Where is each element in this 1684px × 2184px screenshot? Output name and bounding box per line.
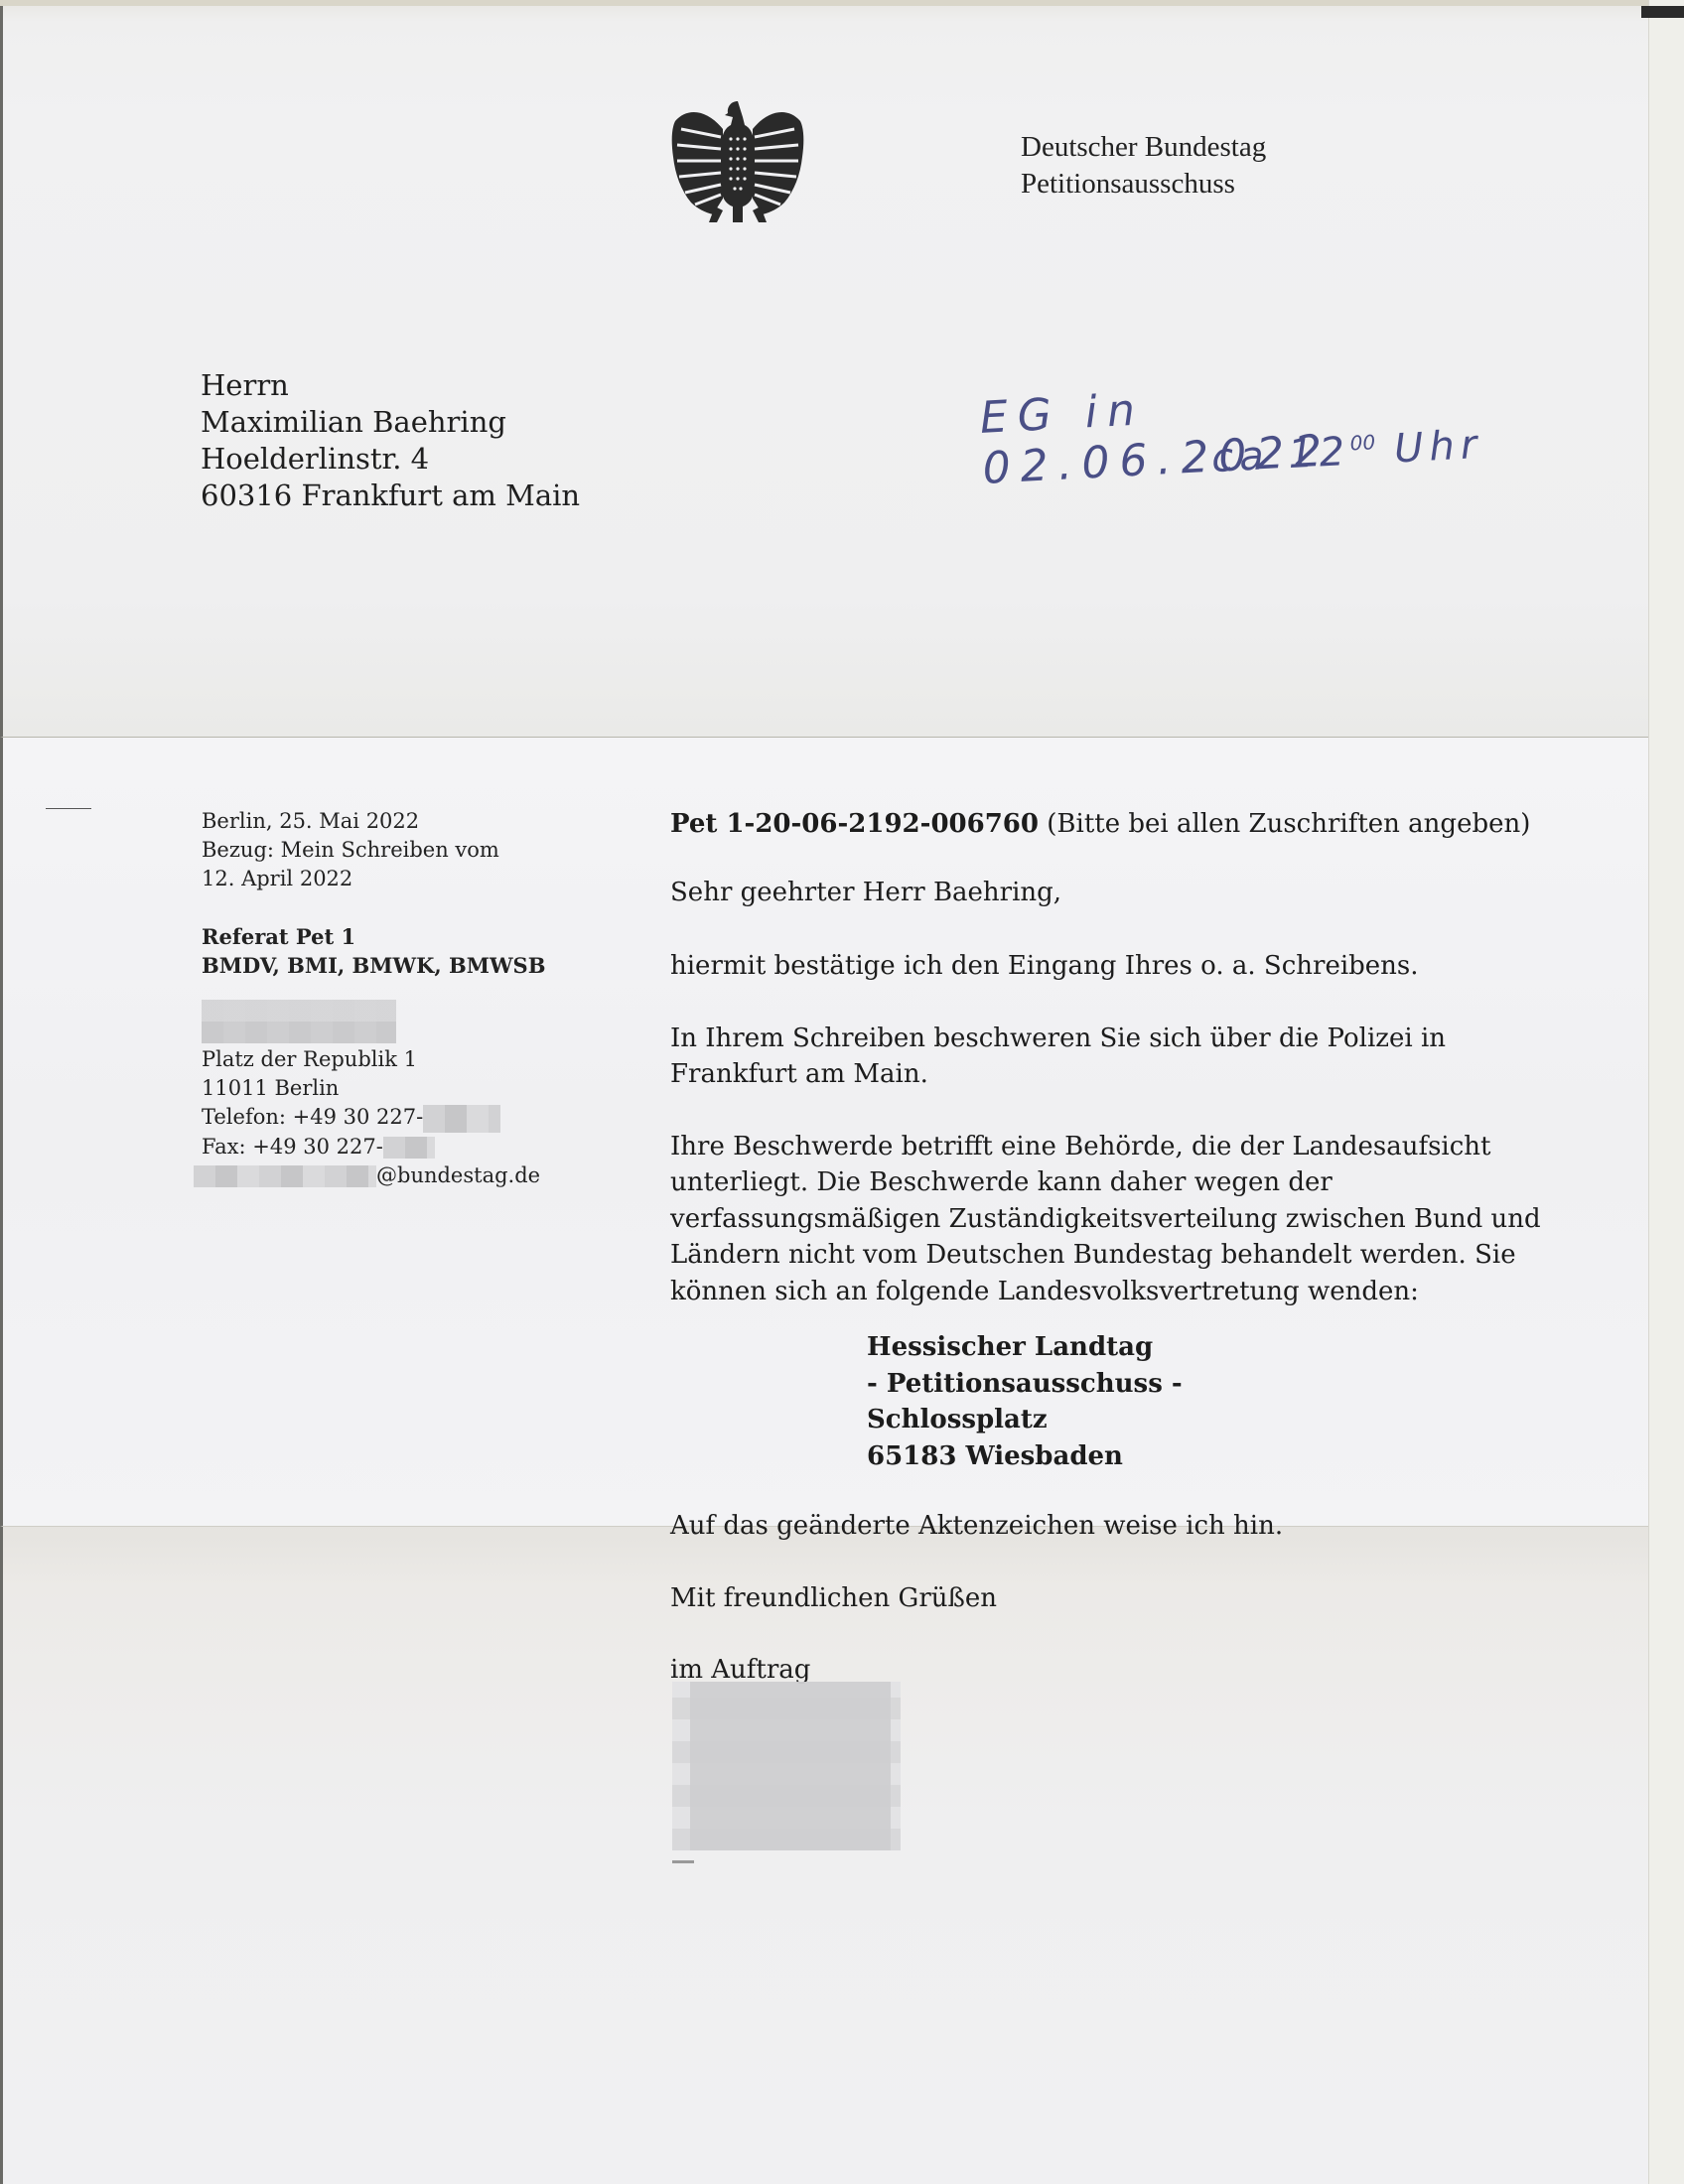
sender-fax: Fax: +49 30 227-: [202, 1133, 579, 1161]
phone-label: Telefon: +49 30 227-: [202, 1105, 423, 1129]
email-domain: @bundestag.de: [376, 1163, 540, 1187]
scan-right-edge: [1648, 0, 1684, 2184]
department-name: Petitionsausschuss: [1021, 166, 1266, 203]
closing-salutation: Mit freundlichen Grüßen: [670, 1580, 1594, 1617]
reference-line-2: 12. April 2022: [202, 865, 579, 893]
redacted-fax-extension: [383, 1137, 435, 1159]
scan-top-edge: [0, 0, 1648, 6]
recipient-address: Herrn Maximilian Baehring Hoelderlinstr.…: [201, 367, 580, 514]
sender-phone: Telefon: +49 30 227-: [202, 1103, 579, 1133]
closing-paragraph: Auf das geänderte Aktenzeichen weise ich…: [670, 1508, 1594, 1545]
recipient-city: 60316 Frankfurt am Main: [201, 478, 580, 514]
redacted-official-name: [202, 1000, 396, 1043]
sender-info-column: Berlin, 25. Mai 2022 Bezug: Mein Schreib…: [202, 807, 579, 1190]
paragraph-complaint-subject: In Ihrem Schreiben beschweren Sie sich ü…: [670, 1021, 1514, 1093]
redacted-phone-extension: [423, 1105, 500, 1133]
fold-mark: [46, 808, 91, 809]
case-reference-number: Pet 1-20-06-2192-006760: [670, 809, 1039, 839]
letter-date: Berlin, 25. Mai 2022: [202, 807, 579, 836]
greeting: Sehr geehrter Herr Baehring,: [670, 875, 1594, 911]
reference-line: Pet 1-20-06-2192-006760 (Bitte bei allen…: [670, 806, 1594, 843]
letter-body: Pet 1-20-06-2192-006760 (Bitte bei allen…: [670, 806, 1594, 1850]
redacted-email-user: [194, 1165, 376, 1187]
handwritten-time-suffix: Uhr: [1393, 422, 1483, 473]
handwritten-time-minutes: 00: [1349, 430, 1376, 455]
recipient-name: Maximilian Baehring: [201, 404, 580, 441]
redacted-signature: [672, 1682, 901, 1850]
recipient-salutation: Herrn: [201, 367, 580, 404]
forwarding-address-line-2: - Petitionsausschuss -: [867, 1366, 1594, 1403]
forwarding-address: Hessischer Landtag - Petitionsausschuss …: [867, 1329, 1594, 1474]
paragraph-jurisdiction: Ihre Beschwerde betrifft eine Behörde, d…: [670, 1129, 1589, 1310]
reference-line-1: Bezug: Mein Schreiben vom: [202, 836, 579, 865]
forwarding-address-line-1: Hessischer Landtag: [867, 1329, 1594, 1366]
handwritten-receipt-note: EG in 02.06.2022 ca 1200 Uhr: [973, 357, 1509, 496]
recipient-street: Hoelderlinstr. 4: [201, 441, 580, 478]
ministries-list: BMDV, BMI, BMWK, BMWSB: [202, 951, 579, 980]
paragraph-acknowledgement: hiermit bestätige ich den Eingang Ihres …: [670, 948, 1594, 985]
sender-email: @bundestag.de: [194, 1161, 579, 1190]
sender-street: Platz der Republik 1: [202, 1045, 579, 1074]
letterhead-sender: Deutscher Bundestag Petitionsausschuss: [1021, 129, 1266, 203]
forwarding-address-line-4: 65183 Wiesbaden: [867, 1438, 1594, 1475]
fax-label: Fax: +49 30 227-: [202, 1135, 383, 1159]
federal-eagle-icon: [667, 99, 808, 226]
division-name: Referat Pet 1: [202, 922, 579, 951]
organization-name: Deutscher Bundestag: [1021, 129, 1266, 166]
signature-underline: [672, 1860, 694, 1863]
scan-corner-shadow: [1641, 6, 1684, 18]
forwarding-address-line-3: Schlossplatz: [867, 1402, 1594, 1438]
reference-note: (Bitte bei allen Zuschriften angeben): [1047, 809, 1530, 839]
handwritten-time-hour: ca 12: [1210, 429, 1351, 481]
sender-city: 11011 Berlin: [202, 1074, 579, 1103]
signature-block: im Auftrag: [670, 1652, 1594, 1850]
